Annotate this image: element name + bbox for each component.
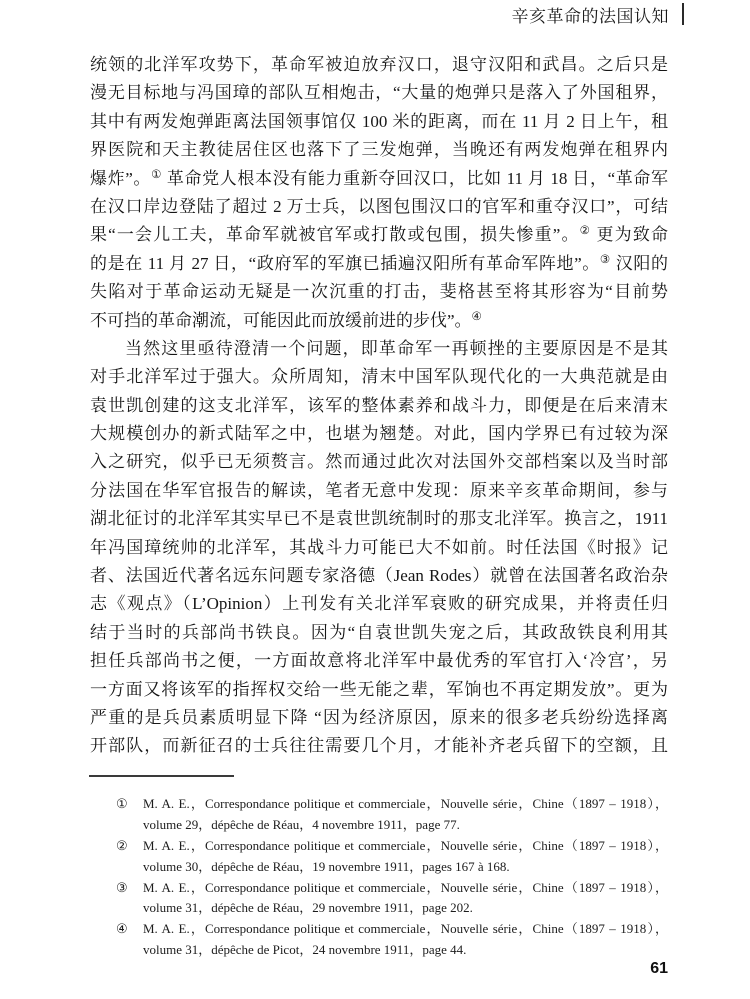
body-line: 其中有两发炮弹距离法国领事馆仅 100 米的距离，而在 11 月 2 日上午，租 [90,108,668,136]
footnote-separator [89,775,234,777]
body-line: 年冯国璋统帅的北洋军，其战斗力可能已大不如前。时任法国《时报》记 [90,534,668,562]
body-line: 结于当时的兵部尚书铁良。因为“自袁世凯失宠之后，其政敌铁良利用其 [90,619,668,647]
body-line: 严重的是兵员素质明显下降 “因为经济原因，原来的很多老兵纷纷选择离 [90,704,668,732]
page-number: 61 [650,960,668,978]
body-line: 漫无目标地与冯国璋的部队互相炮击，“大量的炮弹只是落入了外国租界， [90,79,668,107]
book-page: 辛亥革命的法国认知 统领的北洋军攻势下，革命军被迫放弃汉口，退守汉阳和武昌。之后… [0,0,750,999]
footnote-text: M. A. E.，Correspondance politique et com… [143,836,668,878]
footnote-marker: ④ [116,919,143,940]
footnote-text: M. A. E.，Correspondance politique et com… [143,919,668,961]
body-line: 爆炸”。① 革命党人根本没有能力重新夺回汉口，比如 11 月 18 日，“革命军 [90,165,668,193]
body-line: 在汉口岸边登陆了超过 2 万士兵，以图包围汉口的官军和重夺汉口”，可结 [90,193,668,221]
body-line: 袁世凯创建的这支北洋军，该军的整体素养和战斗力，即便是在后来清末 [90,392,668,420]
footnote-line: volume 30，dépêche de Réau，19 novembre 19… [143,857,668,878]
footnote-line: volume 31，dépêche de Réau，29 novembre 19… [143,898,668,919]
footnote: ① M. A. E.，Correspondance politique et c… [116,794,668,836]
footnote-text: M. A. E.，Correspondance politique et com… [143,878,668,920]
body-line: 志《观点》（L’Opinion）上刊发有关北洋军衰败的研究成果，并将责任归 [90,590,668,618]
body-line: 入之研究，似乎已无须赘言。然而通过此次对法国外交部档案以及当时部 [90,448,668,476]
body-line: 大规模创办的新式陆军之中，也堪为翘楚。对此，国内学界已有过较为深 [90,420,668,448]
running-header: 辛亥革命的法国认知 [512,2,685,26]
footnote-marker: ② [116,836,143,857]
footnote-line: volume 31，dépêche de Picot，24 novembre 1… [143,940,668,961]
body-line: 统领的北洋军攻势下，革命军被迫放弃汉口，退守汉阳和武昌。之后只是 [90,51,668,79]
body-line: 者、法国近代著名远东问题专家洛德（Jean Rodes）就曾在法国著名政治杂 [90,562,668,590]
body-line: 的是在 11 月 27 日，“政府军的军旗已插遍汉阳所有革命军阵地”。③ 汉阳的 [90,250,668,278]
body-line: 湖北征讨的北洋军其实早已不是袁世凯统制时的那支北洋军。换言之，1911 [90,505,668,533]
header-rule [682,3,684,25]
footnote-marker: ① [116,794,143,815]
body-line: 不可挡的革命潮流，可能因此而放缓前进的步伐”。④ [90,307,668,335]
body-line: 一方面又将该军的指挥权交给一些无能之辈，军饷也不再定期发放”。更为 [90,676,668,704]
body-line: 开部队，而新征召的士兵往往需要几个月，才能补齐老兵留下的空额，且 [90,732,668,760]
body-line: 分法国在华军官报告的解读，笔者无意中发现：原来辛亥革命期间，参与 [90,477,668,505]
footnote-marker: ③ [116,878,143,899]
footnote: ④ M. A. E.，Correspondance politique et c… [116,919,668,961]
running-header-title: 辛亥革命的法国认知 [512,2,670,27]
footnote-line: M. A. E.，Correspondance politique et com… [143,878,668,899]
body-line: 界医院和天主教徒居住区也落下了三发炮弹，当晚还有两发炮弹在租界内 [90,136,668,164]
footnote: ③ M. A. E.，Correspondance politique et c… [116,878,668,920]
body-line: 失陷对于革命运动无疑是一次沉重的打击，斐格甚至将其形容为“目前势 [90,278,668,306]
body-line: 当然这里亟待澄清一个问题，即革命军一再顿挫的主要原因是不是其 [90,335,668,363]
footnote-line: M. A. E.，Correspondance politique et com… [143,919,668,940]
body-line: 果“一会儿工夫，革命军就被官军或打散或包围，损失惨重”。② 更为致命 [90,221,668,249]
footnote-text: M. A. E.，Correspondance politique et com… [143,794,668,836]
footnote-line: M. A. E.，Correspondance politique et com… [143,836,668,857]
body-line: 担任兵部尚书之便，一方面故意将北洋军中最优秀的军官打入‘冷宫’，另 [90,647,668,675]
footnote: ② M. A. E.，Correspondance politique et c… [116,836,668,878]
body-text: 统领的北洋军攻势下，革命军被迫放弃汉口，退守汉阳和武昌。之后只是 漫无目标地与冯… [90,51,668,761]
footnotes: ① M. A. E.，Correspondance politique et c… [116,794,668,961]
footnote-line: volume 29，dépêche de Réau，4 novembre 191… [143,815,668,836]
body-line: 对手北洋军过于强大。众所周知，清末中国军队现代化的一大典范就是由 [90,363,668,391]
footnote-line: M. A. E.，Correspondance politique et com… [143,794,668,815]
